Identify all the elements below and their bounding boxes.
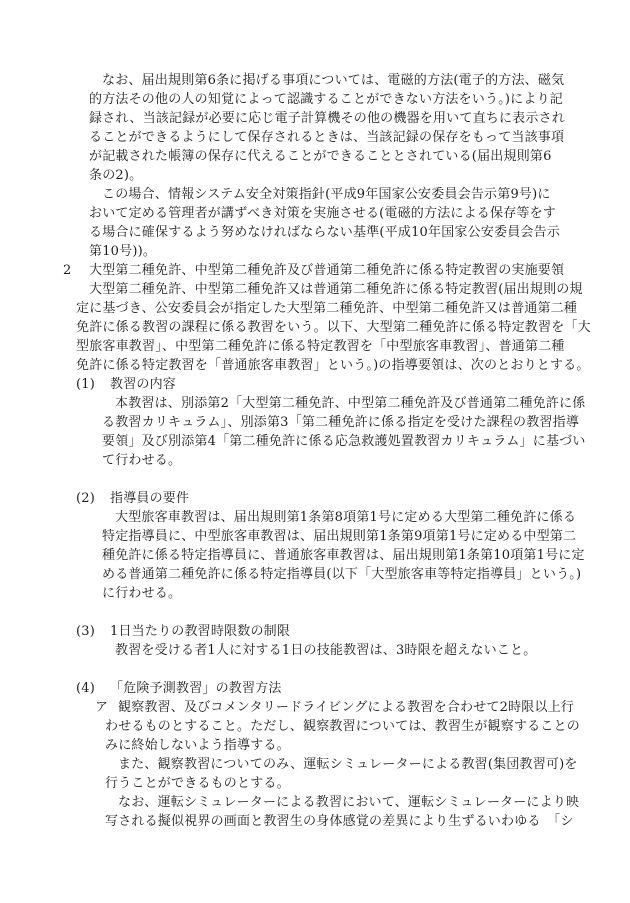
line-text: 大型旅客車教習は、届出規則第1条第8項第1号に定める大型第二種免許に係る xyxy=(115,508,576,527)
text-line: わせるものとすること。ただし、観察教習については、教習生が観察することの xyxy=(0,717,630,736)
document-page: なお、届出規則第6条に掲げる事項については、電磁的方法(電子的方法、磁気的方法そ… xyxy=(0,0,630,903)
text-line: 型旅客車教習」、中型第二種免許に係る特定教習を「中型旅客車教習」、普通第二種 xyxy=(0,337,630,356)
line-text: (3) xyxy=(76,622,95,641)
line-text: 第10号))。 xyxy=(89,242,156,261)
text-line: 大型旅客車教習は、届出規則第1条第8項第1号に定める大型第二種免許に係る xyxy=(0,508,630,527)
line-text: が記載された帳簿の保存に代えることができることとされている(届出規則第6 xyxy=(89,147,552,166)
line-text: 指導員の要件 xyxy=(110,489,189,508)
line-text: おいて定める管理者が講ずべき対策を実施させる(電磁的方法による保存等をす xyxy=(89,204,556,223)
line-text: ることができるようにして保存されるときは、当該記録の保存をもって当該事項 xyxy=(89,128,564,147)
text-line: また、観察教習についてのみ、運転シミュレーターによる教習(集団教習可)を xyxy=(0,755,630,774)
text-line: ることができるようにして保存されるときは、当該記録の保存をもって当該事項 xyxy=(0,128,630,147)
line-text: 的方法その他の人の知覚によって認識することができない方法をいう。)により記 xyxy=(89,90,563,109)
text-line: 特定指導員に、中型旅客車教習は、届出規則第1条第9項第1号に定める中型第二 xyxy=(0,527,630,546)
document-text-block: なお、届出規則第6条に掲げる事項については、電磁的方法(電子的方法、磁気的方法そ… xyxy=(0,71,630,831)
text-line: 的方法その他の人の知覚によって認識することができない方法をいう。)により記 xyxy=(0,90,630,109)
line-text: て行わせる。 xyxy=(102,451,181,470)
line-text: また、観察教習についてのみ、運転シミュレーターによる教習(集団教習可)を xyxy=(118,755,578,774)
blank-line xyxy=(0,470,630,489)
text-line: なお、届出規則第6条に掲げる事項については、電磁的方法(電子的方法、磁気 xyxy=(0,71,630,90)
text-line: おいて定める管理者が講ずべき対策を実施させる(電磁的方法による保存等をす xyxy=(0,204,630,223)
text-line: (1)教習の内容 xyxy=(0,375,630,394)
text-line: て行わせる。 xyxy=(0,451,630,470)
blank-line xyxy=(0,603,630,622)
text-line: める普通第二種免許に係る特定指導員(以下「大型旅客車等特定指導員」という。) xyxy=(0,565,630,584)
text-line: る場合に確保するよう努めなければならない基準(平成10年国家公安委員会告示 xyxy=(0,223,630,242)
line-text: に行わせる。 xyxy=(102,584,181,603)
line-text: 1日当たりの教習時限数の制限 xyxy=(110,622,290,641)
text-line: る教習カリキュラム」、別添第3「第二種免許に係る指定を受けた課程の教習指導 xyxy=(0,413,630,432)
text-line: 免許に係る特定教習を「普通旅客車教習」という。)の指導要領は、次のとおりとする。 xyxy=(0,356,630,375)
text-line: 行うことができるものとする。 xyxy=(0,774,630,793)
line-text: める普通第二種免許に係る特定指導員(以下「大型旅客車等特定指導員」という。) xyxy=(102,565,581,584)
line-text: 要領」及び別添第4「第二種免許に係る応急救護処置教習カリキュラム」に基づい xyxy=(102,432,586,451)
line-text: 種免許に係る特定指導員に、普通旅客車教習は、届出規則第1条第10項第1号に定 xyxy=(102,546,585,565)
line-text: 型旅客車教習」、中型第二種免許に係る特定教習を「中型旅客車教習」、普通第二種 xyxy=(76,337,565,356)
text-line: この場合、情報システム安全対策指針(平成9年国家公安委員会告示第9号)に xyxy=(0,185,630,204)
text-line: 条の2)。 xyxy=(0,166,630,185)
line-text: 大型第二種免許、中型第二種免許又は普通第二種免許に係る特定教習(届出規則の規 xyxy=(89,280,583,299)
text-line: 録され、当該記録が必要に応じ電子計算機その他の機器を用いて直ちに表示され xyxy=(0,109,630,128)
line-text: 条の2)。 xyxy=(89,166,142,185)
text-line: 免許に係る教習の課程に係る教習をいう。以下、大型第二種免許に係る特定教習を「大 xyxy=(0,318,630,337)
line-text: (4) xyxy=(76,679,95,698)
line-text: わせるものとすること。ただし、観察教習については、教習生が観察することの xyxy=(105,717,580,736)
text-line: なお、運転シミュレーターによる教習において、運転シミュレーターにより映 xyxy=(0,793,630,812)
line-text: 免許に係る教習の課程に係る教習をいう。以下、大型第二種免許に係る特定教習を「大 xyxy=(76,318,591,337)
text-line: 2大型第二種免許、中型第二種免許及び普通第二種免許に係る特定教習の実施要領 xyxy=(0,261,630,280)
line-text: 特定指導員に、中型旅客車教習は、届出規則第1条第9項第1号に定める中型第二 xyxy=(102,527,576,546)
line-text: 本教習は、別添第2「大型第二種免許、中型第二種免許及び普通第二種免許に係 xyxy=(115,394,585,413)
text-line: (2)指導員の要件 xyxy=(0,489,630,508)
line-text: 免許に係る特定教習を「普通旅客車教習」という。)の指導要領は、次のとおりとする。 xyxy=(76,356,590,375)
text-line: 第10号))。 xyxy=(0,242,630,261)
line-text: みに終始しないよう指導する。 xyxy=(105,736,290,755)
line-text: (1) xyxy=(76,375,95,394)
line-text: 大型第二種免許、中型第二種免許及び普通第二種免許に係る特定教習の実施要領 xyxy=(89,261,564,280)
text-line: 定に基づき、公安委員会が指定した大型第二種免許、中型第二種免許又は普通第二種 xyxy=(0,299,630,318)
line-text: ア xyxy=(95,698,108,717)
text-line: 教習を受ける者1人に対する1日の技能教習は、3時限を超えないこと。 xyxy=(0,641,630,660)
line-text: 録され、当該記録が必要に応じ電子計算機その他の機器を用いて直ちに表示され xyxy=(89,109,565,128)
text-line: 本教習は、別添第2「大型第二種免許、中型第二種免許及び普通第二種免許に係 xyxy=(0,394,630,413)
text-line: 要領」及び別添第4「第二種免許に係る応急救護処置教習カリキュラム」に基づい xyxy=(0,432,630,451)
line-text: 教習の内容 xyxy=(110,375,176,394)
line-text: 「危険予測教習」の教習方法 xyxy=(110,679,282,698)
text-line: 種免許に係る特定指導員に、普通旅客車教習は、届出規則第1条第10項第1号に定 xyxy=(0,546,630,565)
line-text: 教習を受ける者1人に対する1日の技能教習は、3時限を超えないこと。 xyxy=(115,641,536,660)
line-text: 写される擬似視界の画面と教習生の身体感覚の差異により生ずるいわゆる 「シ xyxy=(105,812,574,831)
line-text: 2 xyxy=(63,261,71,280)
line-text: る教習カリキュラム」、別添第3「第二種免許に係る指定を受けた課程の教習指導 xyxy=(102,413,579,432)
text-line: ア観察教習、及びコメンタリードライビングによる教習を合わせて2時限以上行 xyxy=(0,698,630,717)
line-text: 行うことができるものとする。 xyxy=(105,774,290,793)
line-text: 定に基づき、公安委員会が指定した大型第二種免許、中型第二種免許又は普通第二種 xyxy=(76,299,577,318)
line-text: (2) xyxy=(76,489,95,508)
text-line: (4)「危険予測教習」の教習方法 xyxy=(0,679,630,698)
line-text: なお、届出規則第6条に掲げる事項については、電磁的方法(電子的方法、磁気 xyxy=(102,71,564,90)
line-text: なお、運転シミュレーターによる教習において、運転シミュレーターにより映 xyxy=(118,793,579,812)
line-text: 観察教習、及びコメンタリードライビングによる教習を合わせて2時限以上行 xyxy=(118,698,574,717)
text-line: 写される擬似視界の画面と教習生の身体感覚の差異により生ずるいわゆる 「シ xyxy=(0,812,630,831)
line-text: る場合に確保するよう努めなければならない基準(平成10年国家公安委員会告示 xyxy=(89,223,560,242)
text-line: が記載された帳簿の保存に代えることができることとされている(届出規則第6 xyxy=(0,147,630,166)
text-line: (3)1日当たりの教習時限数の制限 xyxy=(0,622,630,641)
text-line: に行わせる。 xyxy=(0,584,630,603)
text-line: 大型第二種免許、中型第二種免許又は普通第二種免許に係る特定教習(届出規則の規 xyxy=(0,280,630,299)
blank-line xyxy=(0,660,630,679)
line-text: この場合、情報システム安全対策指針(平成9年国家公安委員会告示第9号)に xyxy=(102,185,551,204)
text-line: みに終始しないよう指導する。 xyxy=(0,736,630,755)
